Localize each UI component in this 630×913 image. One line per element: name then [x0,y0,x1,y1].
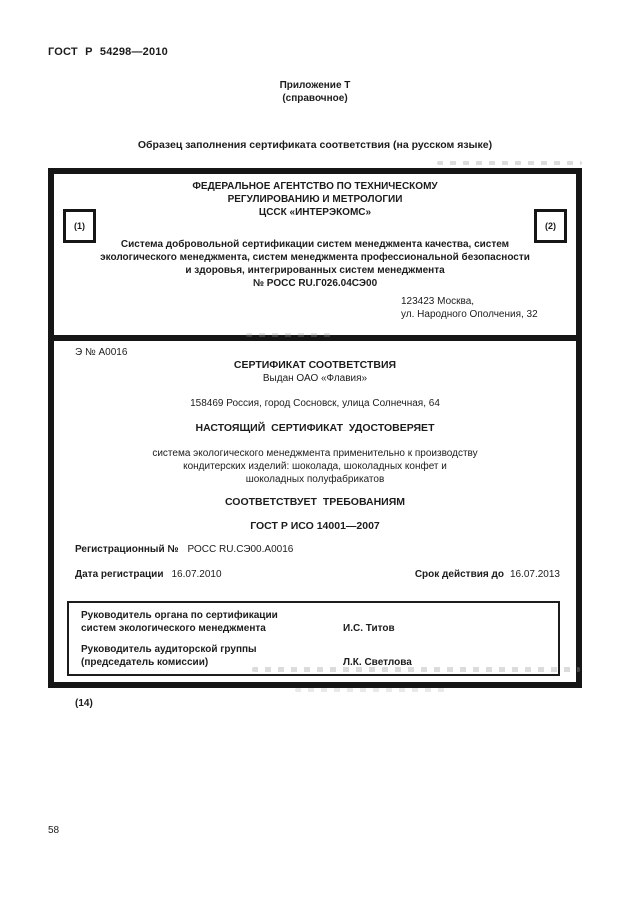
signature-role-line1: Руководитель аудиторской группы [81,643,343,656]
issuer-address-line1: 123423 Москва, [401,295,576,308]
agency-name-line1: ФЕДЕРАЛЬНОЕ АГЕНТСТВО ПО ТЕХНИЧЕСКОМУ [54,180,576,193]
holder-address: 158469 Россия, город Сосновск, улица Сол… [66,397,564,410]
stamp-box-2: (2) [534,209,567,243]
signature-role-line1: Руководитель органа по сертификации [81,609,343,622]
page-number: 58 [48,824,59,837]
stamp-box-2-label: (2) [545,220,556,233]
standard-code: ГОСТ Р 54298—2010 [48,46,168,59]
issuer-address-line2: ул. Народного Ополчения, 32 [401,308,576,321]
issued-to: Выдан ОАО «Флавия» [66,372,564,385]
blank-number: Э № А0016 [75,346,564,359]
certificate-form: ФЕДЕРАЛЬНОЕ АГЕНТСТВО ПО ТЕХНИЧЕСКОМУ РЕ… [48,168,582,688]
stamp-box-1: (1) [63,209,96,243]
agency-name-line3: ЦССК «ИНТЕРЭКОМС» [54,206,576,219]
standard-reference: ГОСТ Р ИСО 14001—2007 [66,520,564,533]
signature-role-line2: систем экологического менеджмента [81,622,343,635]
certificate-header-section: ФЕДЕРАЛЬНОЕ АГЕНТСТВО ПО ТЕХНИЧЕСКОМУ РЕ… [54,174,576,341]
registration-number-value: РОСС RU.СЭ00.А0016 [188,544,294,555]
validity-label: Срок действия до [415,569,504,580]
appendix-note: (справочное) [0,92,630,105]
appendix-label: Приложение Т [0,79,630,92]
registration-date-label: Дата регистрации [75,569,163,580]
system-line3: и здоровья, интегрированных систем менед… [54,264,576,277]
system-line1: Система добровольной сертификации систем… [54,238,576,251]
certificate-title: СЕРТИФИКАТ СООТВЕТСТВИЯ [66,359,564,372]
registration-date: Дата регистрации16.07.2010 [75,568,222,581]
issuer-address: 123423 Москва, ул. Народного Ополчения, … [401,295,576,321]
conforms-heading: СООТВЕТСТВУЕТ ТРЕБОВАНИЯМ [66,496,564,509]
signature-name: И.С. Титов [343,622,395,635]
agency-name-line2: РЕГУЛИРОВАНИЮ И МЕТРОЛОГИИ [54,193,576,206]
validity-value: 16.07.2013 [510,569,560,580]
signatures-box: Руководитель органа по сертификации сист… [67,601,560,676]
certifies-heading: НАСТОЯЩИЙ СЕРТИФИКАТ УДОСТОВЕРЯЕТ [66,422,564,435]
appendix-block: Приложение Т (справочное) [0,79,630,105]
scope-line3: шоколадных полуфабрикатов [66,473,564,486]
footnote-marker: (14) [75,697,93,710]
registration-number-label: Регистрационный № [75,544,179,555]
signature-role-line2: (председатель комиссии) [81,656,343,669]
scan-artifact [295,688,445,692]
document-page: ГОСТ Р 54298—2010 Приложение Т (справочн… [0,0,630,913]
signature-name: Л.К. Светлова [343,656,412,669]
system-number: № РОСС RU.Г026.04СЭ00 [54,277,576,290]
stamp-box-1-label: (1) [74,220,85,233]
scope-line2: кондитерских изделий: шоколада, шоколадн… [66,460,564,473]
page-title: Образец заполнения сертификата соответст… [0,139,630,152]
validity: Срок действия до16.07.2013 [415,568,560,581]
certificate-body-section: Э № А0016 СЕРТИФИКАТ СООТВЕТСТВИЯ Выдан … [54,341,576,682]
scope-line1: система экологического менеджмента приме… [66,447,564,460]
signature-row-certification-head: Руководитель органа по сертификации сист… [81,609,548,635]
signature-role: Руководитель аудиторской группы (председ… [81,643,343,669]
signature-role: Руководитель органа по сертификации сист… [81,609,343,635]
scan-artifact [437,161,582,165]
registration-number-row: Регистрационный №РОСС RU.СЭ00.А0016 [75,543,564,556]
dates-row: Дата регистрации16.07.2010 Срок действия… [75,568,564,581]
registration-date-value: 16.07.2010 [171,569,221,580]
signature-row-audit-head: Руководитель аудиторской группы (председ… [81,643,548,669]
certification-system-block: Система добровольной сертификации систем… [54,238,576,290]
system-line2: экологического менеджмента, систем менед… [54,251,576,264]
